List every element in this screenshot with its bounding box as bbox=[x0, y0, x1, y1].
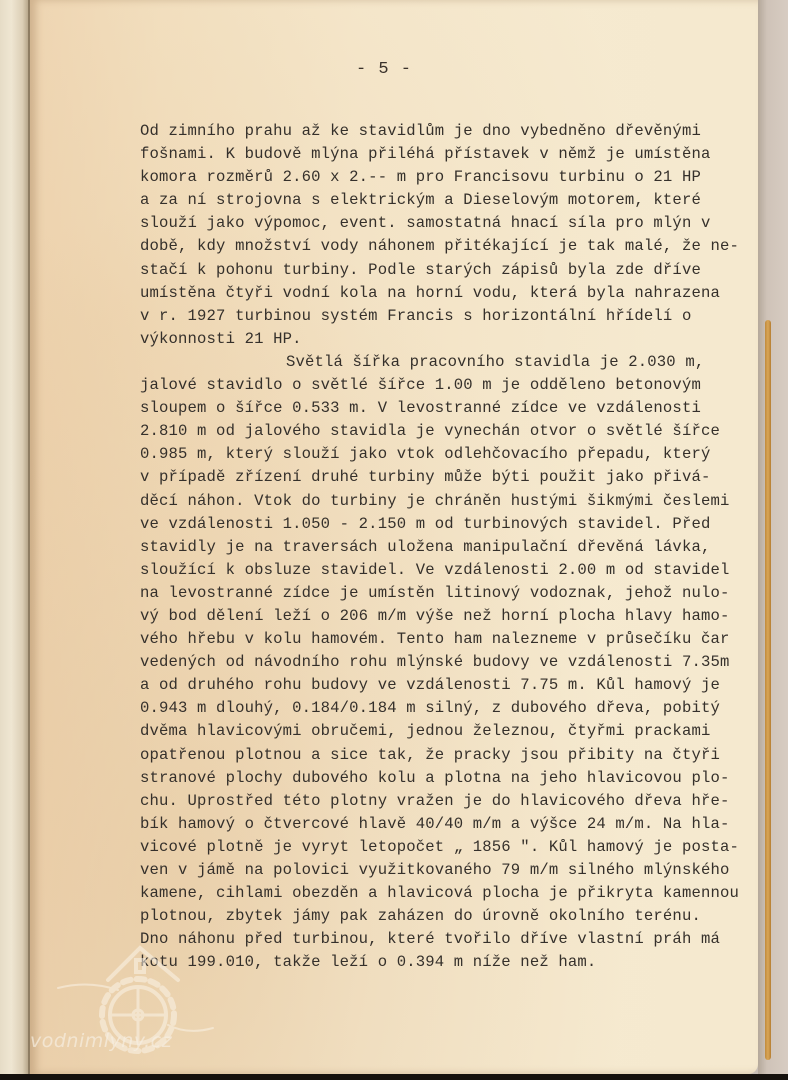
text-line: chu. Uprostřed této plotny vražen je do … bbox=[140, 790, 760, 813]
text-line: v r. 1927 turbinou systém Francis s hori… bbox=[140, 305, 760, 328]
right-page-edge bbox=[758, 0, 788, 1076]
left-binding-edge bbox=[0, 0, 30, 1076]
text-line: stranové plochy dubového kolu a plotna n… bbox=[140, 767, 760, 790]
text-line: a od druhého rohu budovy ve vzdálenosti … bbox=[140, 674, 760, 697]
text-line: sloužící k obsluze stavidel. Ve vzdáleno… bbox=[140, 559, 760, 582]
text-line: opatřenou plotnou a sice tak, že pracky … bbox=[140, 744, 760, 767]
watermark-text: vodnimlyny.cz bbox=[30, 1030, 172, 1052]
text-line: době, kdy množství vody náhonem přitékaj… bbox=[140, 235, 760, 258]
text-line: Od zimního prahu až ke stavidlům je dno … bbox=[140, 120, 760, 143]
text-line: stačí k pohonu turbiny. Podle starých zá… bbox=[140, 259, 760, 282]
text-line: slouží jako výpomoc, event. samostatná h… bbox=[140, 212, 760, 235]
binding-tab bbox=[765, 320, 771, 1060]
text-line: ven v jámě na polovici využitkovaného 79… bbox=[140, 859, 760, 882]
text-line: děcí náhon. Vtok do turbiny je chráněn h… bbox=[140, 490, 760, 513]
text-line: bík hamový o čtvercové hlavě 40/40 m/m a… bbox=[140, 813, 760, 836]
text-line: vedených od návodního rohu mlýnské budov… bbox=[140, 651, 760, 674]
text-line: umístěna čtyři vodní kola na horní vodu,… bbox=[140, 282, 760, 305]
text-line: 0.943 m dlouhý, 0.184/0.184 m silný, z d… bbox=[140, 697, 760, 720]
text-line: Světlá šířka pracovního stavidla je 2.03… bbox=[140, 351, 760, 374]
text-line: na levostranné zídce je umístěn litinový… bbox=[140, 582, 760, 605]
text-line: 2.810 m od jalového stavidla je vynechán… bbox=[140, 420, 760, 443]
text-line: dvěma hlavicovými obručemi, jednou želez… bbox=[140, 720, 760, 743]
text-line: vého hřebu v kolu hamovém. Tento ham nal… bbox=[140, 628, 760, 651]
scan-bottom-edge bbox=[0, 1074, 788, 1080]
text-line: sloupem o šířce 0.533 m. V levostranné z… bbox=[140, 397, 760, 420]
typewritten-body: Od zimního prahu až ke stavidlům je dno … bbox=[140, 120, 760, 974]
text-line: 0.985 m, který slouží jako vtok odlehčov… bbox=[140, 443, 760, 466]
text-line: stavidly je na traversách uložena manipu… bbox=[140, 536, 760, 559]
text-line: plotnou, zbytek jámy pak zaházen do úrov… bbox=[140, 905, 760, 928]
text-line: komora rozměrů 2.60 x 2.-- m pro Francis… bbox=[140, 166, 760, 189]
text-line: ve vzdálenosti 1.050 - 2.150 m od turbin… bbox=[140, 513, 760, 536]
text-line: vý bod dělení leží o 206 m/m výše než ho… bbox=[140, 605, 760, 628]
text-line: v případě zřízení druhé turbiny může být… bbox=[140, 466, 760, 489]
text-line: fošnami. K budově mlýna přiléhá přístave… bbox=[140, 143, 760, 166]
text-line: kamene, cihlami obezděn a hlavicová ploc… bbox=[140, 882, 760, 905]
page-number: - 5 - bbox=[356, 60, 412, 79]
text-line: výkonnosti 21 HP. bbox=[140, 328, 760, 351]
text-line: a za ní strojovna s elektrickým a Diesel… bbox=[140, 189, 760, 212]
text-line: vicové plotně je vyryt letopočet „ 1856 … bbox=[140, 836, 760, 859]
text-line: jalové stavidlo o světlé šířce 1.00 m je… bbox=[140, 374, 760, 397]
